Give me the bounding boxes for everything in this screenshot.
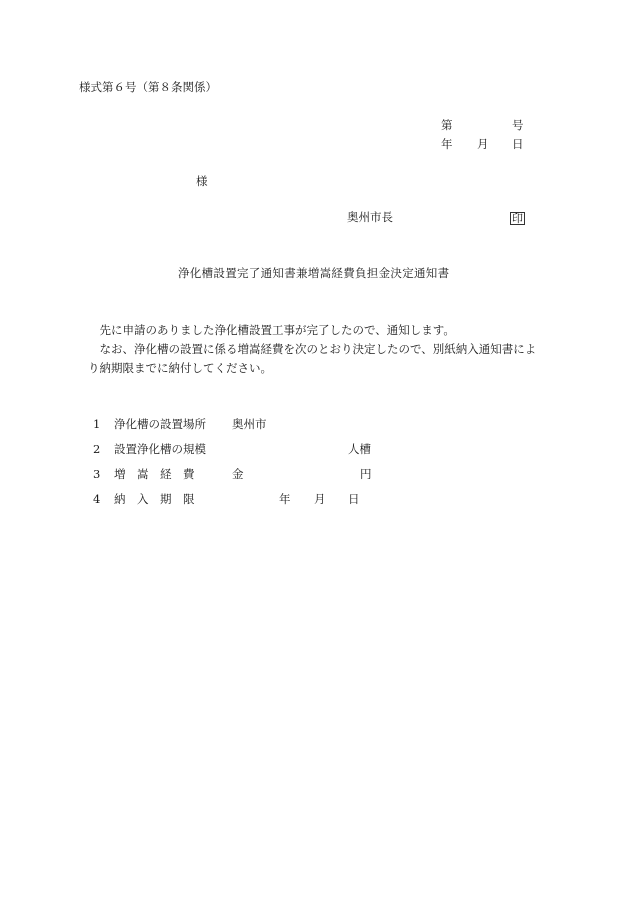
item-month: 月 <box>314 492 326 506</box>
item-label: 納 入 期 限 <box>114 492 195 506</box>
body-line-1: 先に申請のありました浄化槽設置工事が完了したので、通知します。 <box>88 321 538 340</box>
doc-number-prefix: 第 <box>441 120 453 132</box>
item-label: 増 嵩 経 費 <box>114 467 195 481</box>
item-label: 浄化槽の設置場所 <box>114 417 206 431</box>
body-text: 先に申請のありました浄化槽設置工事が完了したので、通知します。 なお、浄化槽の設… <box>88 321 538 378</box>
body-line-2: なお、浄化槽の設置に係る増嵩経費を次のとおり決定したので、別紙納入通知書により納… <box>88 340 538 378</box>
item-value: 金 <box>232 467 244 481</box>
issuer-title: 奥州市長 <box>347 212 393 224</box>
doc-number-suffix: 号 <box>512 120 524 132</box>
item-label: 設置浄化槽の規模 <box>114 442 206 456</box>
document-title: 浄化槽設置完了通知書兼増嵩経費負担金決定通知書 <box>178 268 449 280</box>
item-num: 4 <box>93 492 100 506</box>
seal-mark: 印 <box>510 212 525 225</box>
item-value: 奥州市 <box>232 417 267 431</box>
form-label: 様式第６号（第８条関係） <box>79 82 217 94</box>
addressee-honorific: 様 <box>196 176 208 188</box>
item-num: 1 <box>93 417 100 431</box>
item-day: 日 <box>348 492 360 506</box>
date-year: 年 <box>441 139 453 151</box>
item-year: 年 <box>279 492 291 506</box>
item-num: 2 <box>93 442 100 456</box>
item-num: 3 <box>93 467 100 481</box>
date-day: 日 <box>512 139 524 151</box>
date-month: 月 <box>477 139 489 151</box>
item-unit: 円 <box>360 467 372 481</box>
item-unit: 人槽 <box>348 442 371 456</box>
